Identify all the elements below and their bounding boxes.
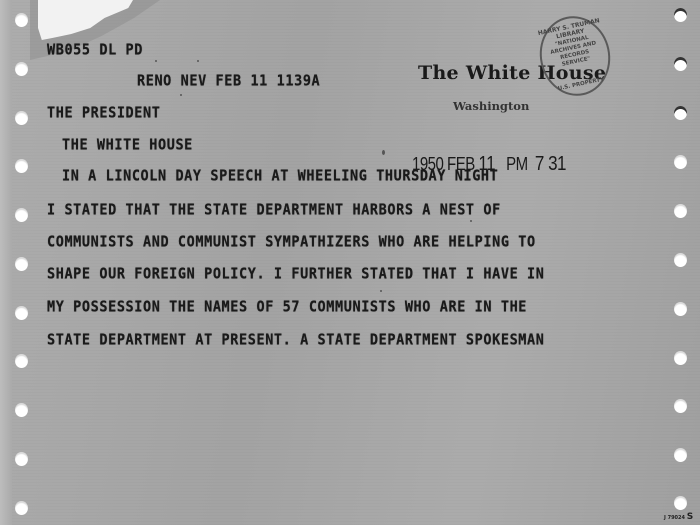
received-ampm: PM <box>506 154 528 174</box>
form-code-number: J 79024 <box>664 515 685 521</box>
body-line: SHAPE OUR FOREIGN POLICY. I FURTHER STAT… <box>47 265 544 283</box>
feed-hole <box>15 13 28 27</box>
letterhead-subtitle: Washington <box>453 99 529 113</box>
feed-hole <box>15 159 28 173</box>
feed-hole <box>15 354 28 368</box>
form-code-mark: S <box>687 512 693 522</box>
feed-hole <box>674 106 687 120</box>
body-line: STATE DEPARTMENT AT PRESENT. A STATE DEP… <box>47 331 544 349</box>
feed-hole <box>674 155 687 169</box>
feed-hole <box>674 448 687 462</box>
ink-speck <box>380 290 382 292</box>
feed-hole <box>674 8 687 22</box>
archives-stamp: HARRY S. TRUMAN LIBRARY "NATIONAL ARCHIV… <box>532 10 617 103</box>
ink-speck <box>470 220 472 222</box>
feed-hole <box>674 496 687 510</box>
ink-speck <box>197 60 199 62</box>
feed-hole <box>674 399 687 413</box>
left-edge-strip <box>0 0 12 525</box>
feed-hole <box>674 302 687 316</box>
received-time: 7 31 <box>535 152 566 175</box>
recipient: THE PRESIDENT <box>47 104 160 122</box>
feed-hole <box>674 204 687 218</box>
stamp-ring-bottom: U.S. PROPERTY <box>548 75 614 95</box>
feed-hole <box>15 403 28 417</box>
feed-hole <box>15 208 28 222</box>
body-line: MY POSSESSION THE NAMES OF 57 COMMUNISTS… <box>47 298 527 316</box>
body-line: I STATED THAT THE STATE DEPARTMENT HARBO… <box>47 201 501 219</box>
feed-hole <box>15 452 28 466</box>
feed-hole <box>674 57 687 71</box>
feed-hole <box>15 62 28 76</box>
feed-hole <box>15 501 28 515</box>
body-line: IN A LINCOLN DAY SPEECH AT WHEELING THUR… <box>62 167 498 185</box>
ink-speck <box>155 60 157 62</box>
ink-speck <box>180 94 182 96</box>
origin-line: RENO NEV FEB 11 1139A <box>137 72 320 90</box>
feed-hole <box>15 257 28 271</box>
feed-hole <box>15 111 28 125</box>
body-line: COMMUNISTS AND COMMUNIST SYMPATHIZERS WH… <box>47 233 536 251</box>
message-code: WB055 DL PD <box>47 41 143 59</box>
feed-hole <box>15 306 28 320</box>
feed-hole <box>674 351 687 365</box>
telegram-page: WB055 DL PD RENO NEV FEB 11 1139A The Wh… <box>0 0 700 525</box>
feed-hole <box>674 253 687 267</box>
form-code: J 79024 S <box>664 512 693 522</box>
recipient-location: THE WHITE HOUSE <box>62 136 193 154</box>
ink-speck <box>382 150 385 155</box>
